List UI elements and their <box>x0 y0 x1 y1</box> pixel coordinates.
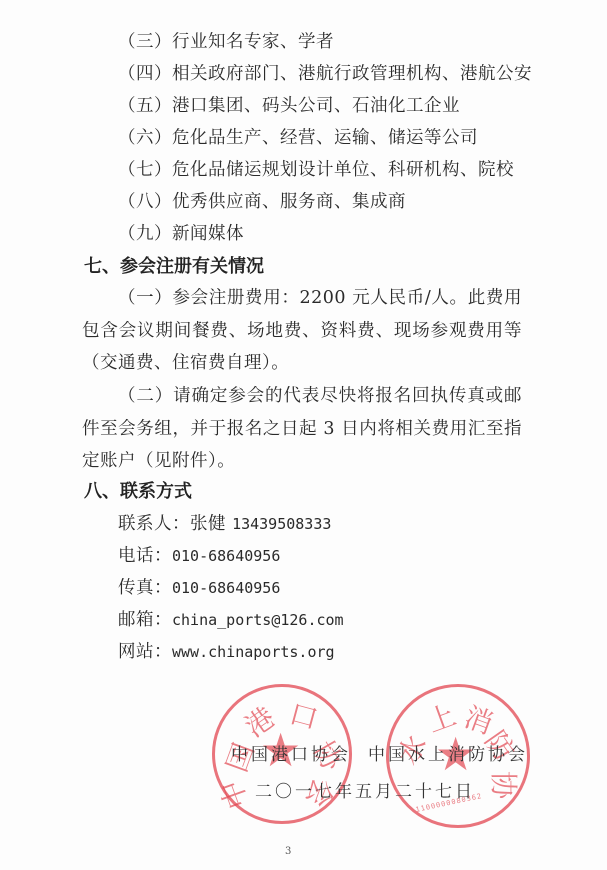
signature-date: 二〇一七年五月二十七日 <box>255 777 475 802</box>
contact-phone: 13439508333 <box>232 515 331 533</box>
registration-process-paragraph: （二）请确定参会的代表尽快将报名回执传真或邮件至会务组，并于报名之日起 3 日内… <box>82 380 522 478</box>
website-value[interactable]: www.chinaports.org <box>172 643 335 661</box>
section-8-heading: 八、联系方式 <box>84 481 192 503</box>
contact-person: 联系人：张健 13439508333 <box>118 513 331 535</box>
email-value[interactable]: china_ports@126.com <box>172 611 344 629</box>
audience-item-6: （六）危化品生产、经营、运输、储运等公司 <box>118 127 478 149</box>
audience-item-7: （七）危化品储运规划设计单位、科研机构、院校 <box>118 159 514 181</box>
audience-item-8: （八）优秀供应商、服务商、集成商 <box>118 191 406 213</box>
fax-value: 010-68640956 <box>172 579 280 597</box>
audience-item-9: （九）新闻媒体 <box>118 223 244 245</box>
signature-org-1: 中国港口协会 <box>231 740 351 765</box>
registration-fee-paragraph: （一）参会注册费用：2200 元人民币/人。此费用包含会议期间餐费、场地费、资料… <box>82 282 522 380</box>
email-label: 邮箱： <box>118 610 172 630</box>
website-label: 网站： <box>118 642 172 662</box>
contact-label: 联系人：张健 <box>118 514 232 534</box>
phone-label: 电话： <box>118 546 172 566</box>
phone-line: 电话：010-68640956 <box>118 545 280 567</box>
signature-org-2: 中国水上消防协会 <box>368 740 528 765</box>
fax-label: 传真： <box>118 578 172 598</box>
email-line: 邮箱：china_ports@126.com <box>118 609 344 631</box>
fax-line: 传真：010-68640956 <box>118 577 280 599</box>
website-line: 网站：www.chinaports.org <box>118 641 335 663</box>
audience-item-3: （三）行业知名专家、学者 <box>118 31 334 53</box>
section-7-heading: 七、参会注册有关情况 <box>84 256 264 278</box>
audience-item-5: （五）港口集团、码头公司、石油化工企业 <box>118 95 460 117</box>
audience-item-4: （四）相关政府部门、港航行政管理机构、港航公安 <box>118 63 532 85</box>
phone-value: 010-68640956 <box>172 547 280 565</box>
page-number: 3 <box>285 846 291 857</box>
